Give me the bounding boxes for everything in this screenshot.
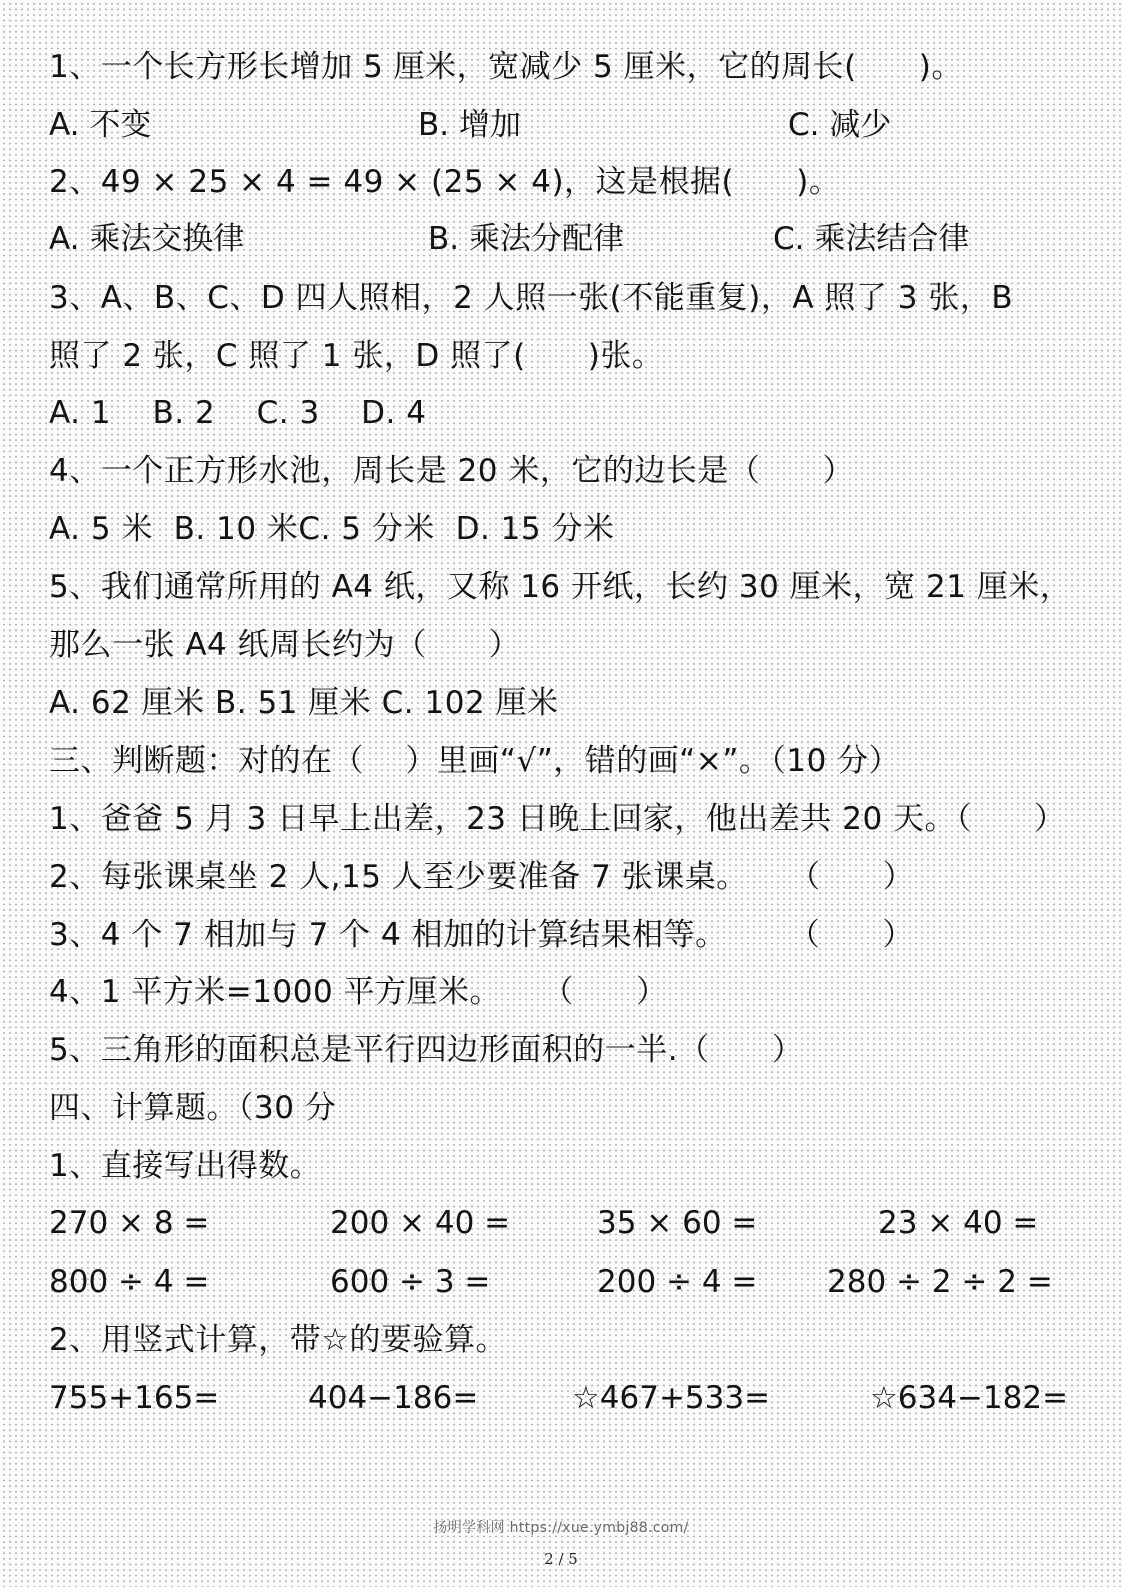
judge-item-1: 1、爸爸 5 月 3 日早上出差，23 日晚上回家，他出差共 20 天。（ ） <box>49 799 1066 839</box>
vertical-calc-item: ☆467+533= <box>572 1378 770 1418</box>
vertical-calc-item: 404−186= <box>308 1378 478 1418</box>
calc-part-2-title: 2、用竖式计算，带☆的要验算。 <box>49 1320 507 1360</box>
question-5-options: A. 62 厘米 B. 51 厘米 C. 102 厘米 <box>49 683 559 723</box>
question-4-stem: 4、一个正方形水池，周长是 20 米，它的边长是（ ） <box>49 451 854 491</box>
question-2-stem: 2、49 × 25 × 4 = 49 × (25 × 4)，这是根据( )。 <box>49 162 840 202</box>
oral-calc-item: 23 × 40 = <box>878 1203 1038 1243</box>
oral-calc-item: 600 ÷ 3 = <box>330 1262 490 1302</box>
q2-option-b: B. 乘法分配律 <box>428 219 624 259</box>
question-5-stem-line2: 那么一张 A4 纸周长约为（ ） <box>49 625 520 665</box>
question-5-stem-line1: 5、我们通常所用的 A4 纸，又称 16 开纸，长约 30 厘米，宽 21 厘米… <box>49 567 1071 607</box>
oral-calc-item: 800 ÷ 4 = <box>49 1262 209 1302</box>
oral-calc-item: 200 × 40 = <box>330 1203 510 1243</box>
q1-option-a: A. 不变 <box>49 105 151 145</box>
page-indicator: 2 / 5 <box>0 1550 1122 1568</box>
question-1-options: A. 不变 B. 增加 C. 减少 <box>0 105 1122 145</box>
q2-option-a: A. 乘法交换律 <box>49 219 244 259</box>
vertical-calc-item: ☆634−182= <box>870 1378 1068 1418</box>
section-4-heading: 四、计算题。（30 分 <box>49 1088 336 1128</box>
question-3-stem-line2: 照了 2 张，C 照了 1 张，D 照了( )张。 <box>49 336 663 376</box>
question-4-options: A. 5 米 B. 10 米C. 5 分米 D. 15 分米 <box>49 509 614 549</box>
vertical-calc-row: 755+165= 404−186= ☆467+533= ☆634−182= <box>0 1378 1122 1418</box>
q2-option-c: C. 乘法结合律 <box>773 219 969 259</box>
oral-calc-item: 200 ÷ 4 = <box>597 1262 757 1302</box>
judge-item-3: 3、4 个 7 相加与 7 个 4 相加的计算结果相等。 （ ） <box>49 915 914 955</box>
question-3-options: A. 1 B. 2 C. 3 D. 4 <box>49 393 426 433</box>
judge-item-4: 4、1 平方米=1000 平方厘米。 （ ） <box>49 972 668 1012</box>
oral-calc-row-1: 270 × 8 = 200 × 40 = 35 × 60 = 23 × 40 = <box>0 1203 1122 1243</box>
question-1-stem: 1、一个长方形长增加 5 厘米，宽减少 5 厘米，它的周长( )。 <box>49 47 963 87</box>
vertical-calc-item: 755+165= <box>49 1378 219 1418</box>
section-3-heading: 三、判断题：对的在（ ）里画“√”，错的画“×”。（10 分） <box>49 741 900 781</box>
worksheet-page: 1、一个长方形长增加 5 厘米，宽减少 5 厘米，它的周长( )。 A. 不变 … <box>0 0 1122 1587</box>
q1-option-c: C. 减少 <box>788 105 891 145</box>
calc-part-1-title: 1、直接写出得数。 <box>49 1146 321 1186</box>
question-2-options: A. 乘法交换律 B. 乘法分配律 C. 乘法结合律 <box>0 219 1122 259</box>
oral-calc-item: 35 × 60 = <box>597 1203 757 1243</box>
footer-watermark-link[interactable]: 扬明学科网 https://xue.ymbj88.com/ <box>0 1517 1122 1537</box>
question-3-stem-line1: 3、A、B、C、D 四人照相，2 人照一张(不能重复)，A 照了 3 张，B <box>49 278 1013 318</box>
judge-item-5: 5、三角形的面积总是平行四边形面积的一半.（ ） <box>49 1030 803 1070</box>
judge-item-2: 2、每张课桌坐 2 人,15 人至少要准备 7 张课桌。 （ ） <box>49 857 914 897</box>
oral-calc-item: 280 ÷ 2 ÷ 2 = <box>827 1262 1053 1302</box>
q1-option-b: B. 增加 <box>418 105 521 145</box>
oral-calc-item: 270 × 8 = <box>49 1203 209 1243</box>
oral-calc-row-2: 800 ÷ 4 = 600 ÷ 3 = 200 ÷ 4 = 280 ÷ 2 ÷ … <box>0 1262 1122 1302</box>
